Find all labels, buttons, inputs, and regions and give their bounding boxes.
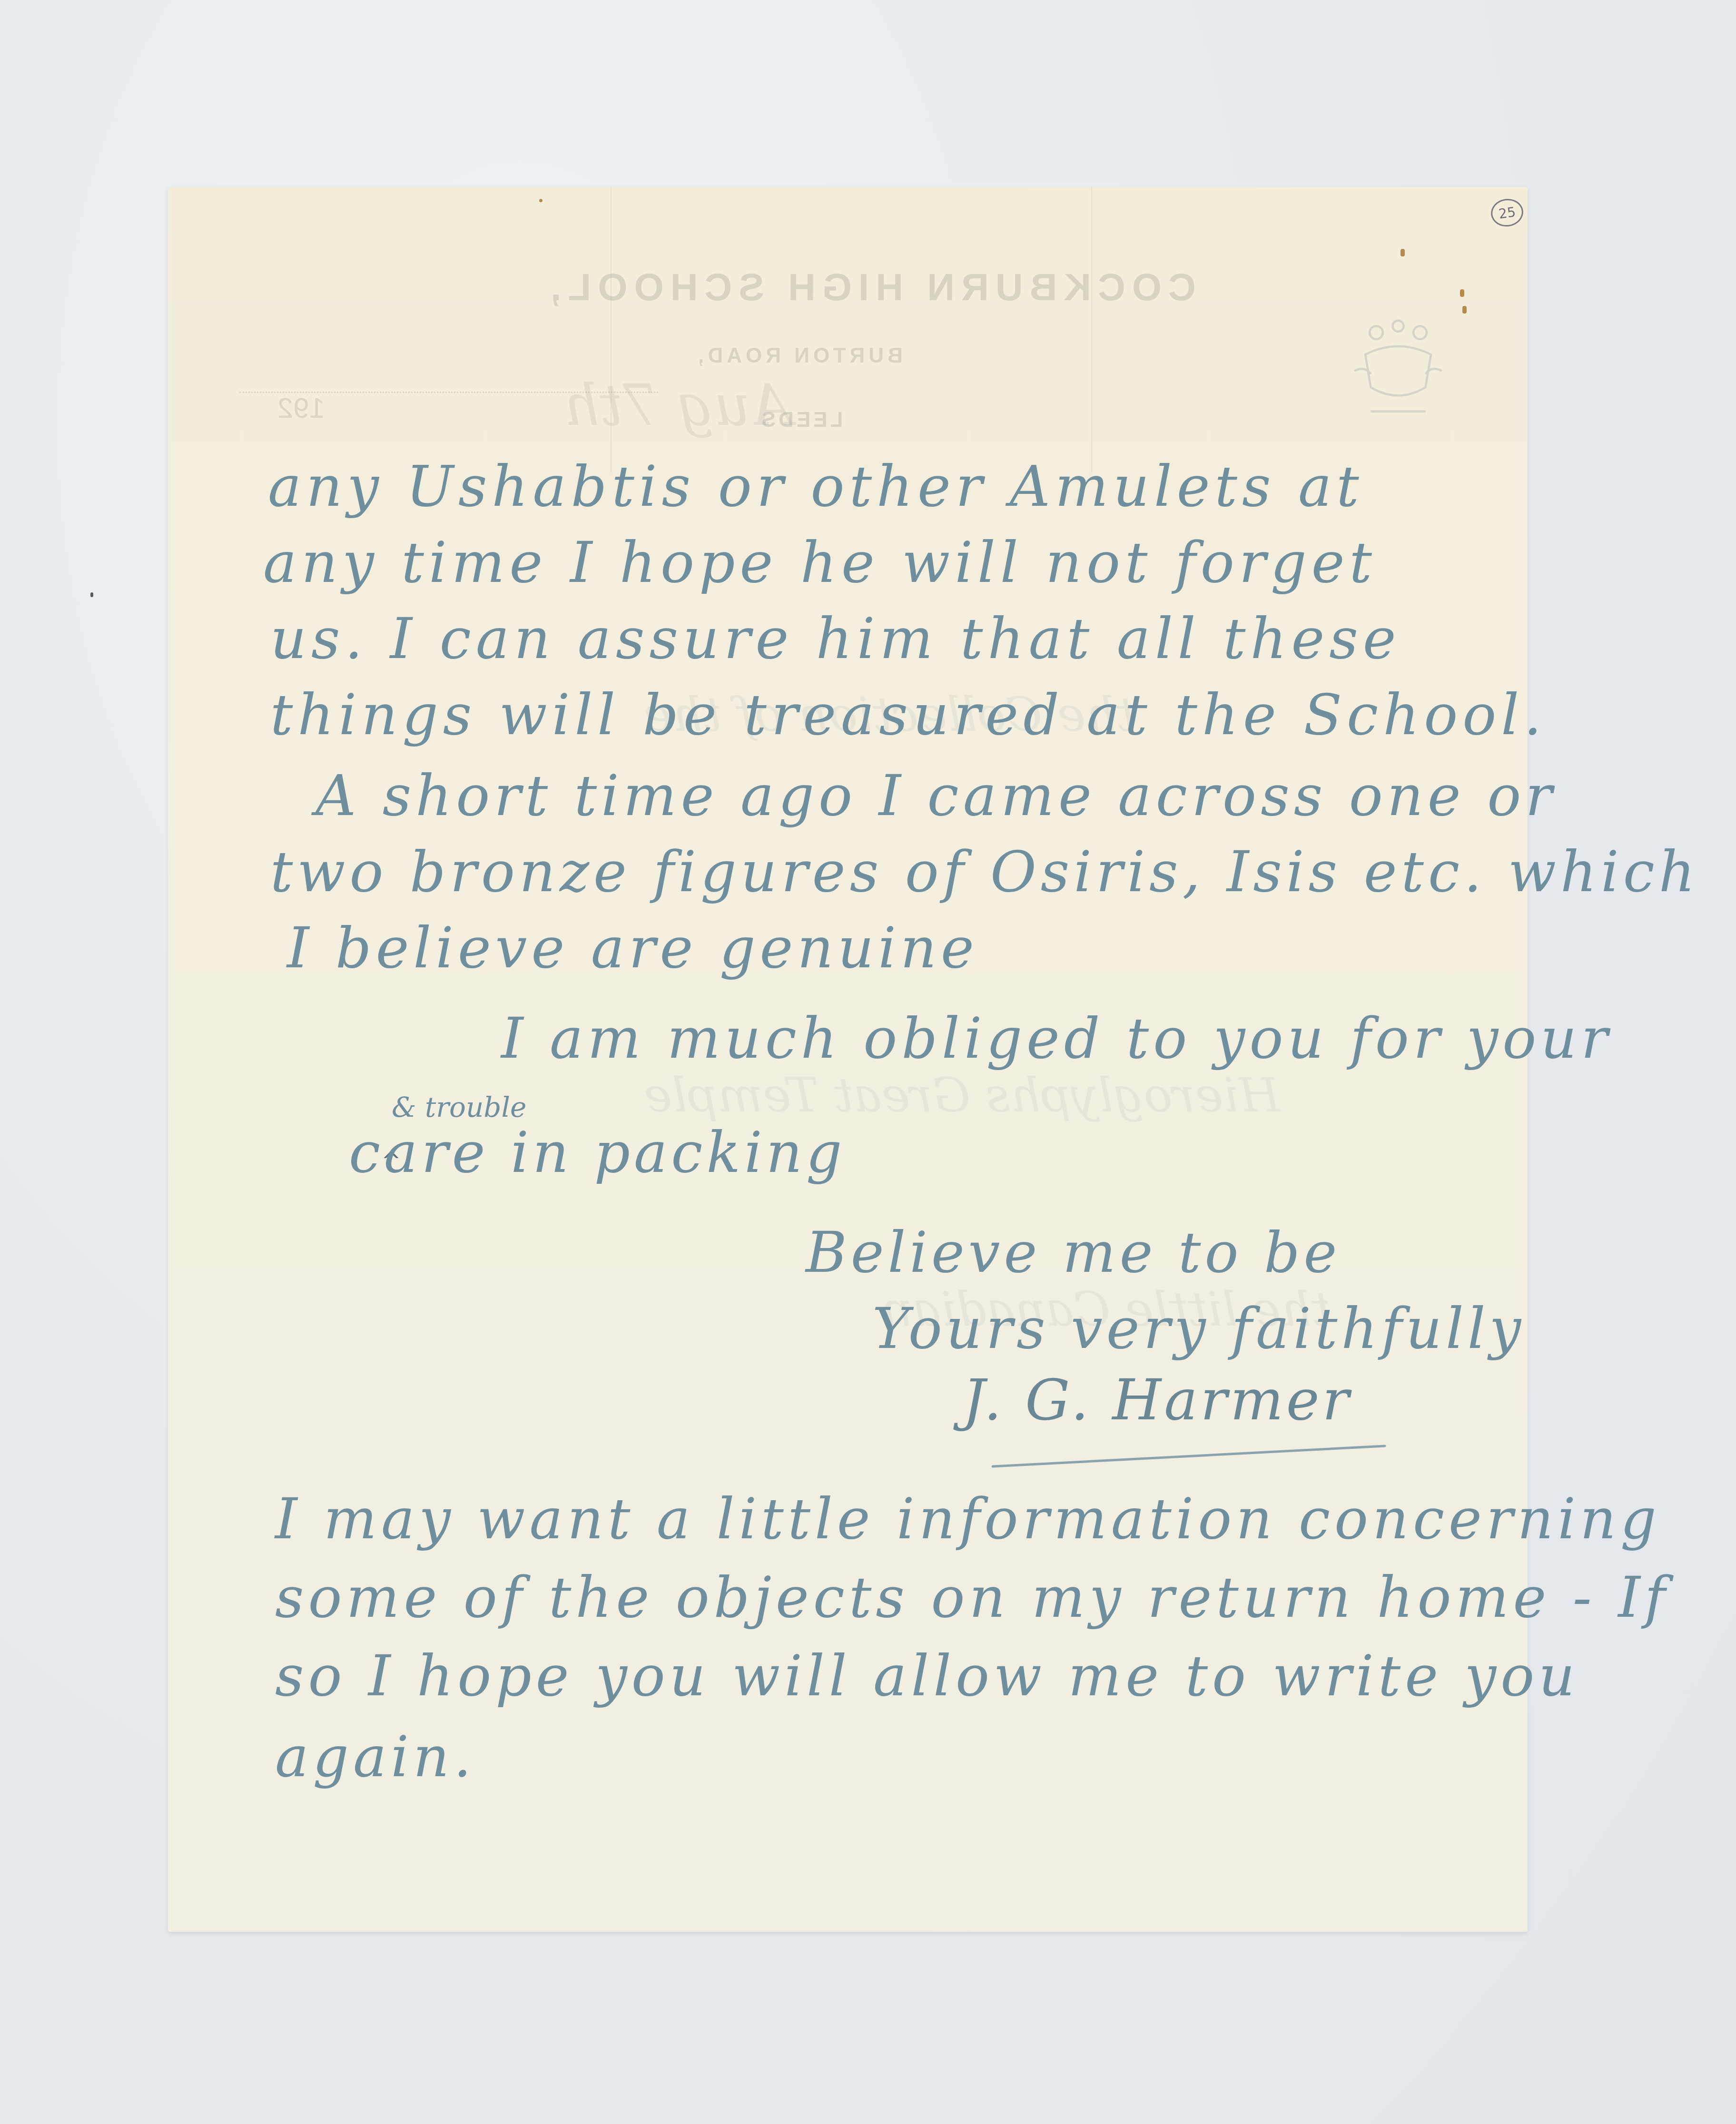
rust-spot bbox=[539, 199, 542, 202]
postscript-line: again. bbox=[275, 1724, 475, 1790]
letterhead-school: COCKBURN HIGH SCHOOL, bbox=[501, 265, 1239, 309]
rust-spot bbox=[1460, 289, 1464, 297]
school-crest-icon bbox=[1343, 311, 1453, 420]
dust-speck bbox=[90, 592, 93, 597]
rust-spot bbox=[1462, 306, 1467, 314]
rust-spot bbox=[1401, 249, 1405, 256]
letter-line: any time I hope he will not forget bbox=[263, 530, 1377, 595]
letter-page: COCKBURN HIGH SCHOOL, BURTON ROAD, LEEDS… bbox=[168, 187, 1528, 1932]
page-number-stamp: 25 bbox=[1489, 197, 1525, 229]
postscript-line: I may want a little information concerni… bbox=[275, 1486, 1661, 1552]
letter-line: us. I can assure him that all these bbox=[270, 606, 1401, 671]
reverse-showthrough: Hieroglyphs Great Temple bbox=[644, 1067, 1280, 1123]
letter-line: A short time ago I came across one or bbox=[316, 763, 1557, 828]
inserted-text: & trouble bbox=[392, 1091, 526, 1123]
letter-line: I am much obliged to you for your bbox=[501, 1005, 1612, 1071]
fold-mark bbox=[1091, 187, 1092, 472]
postscript-line: so I hope you will allow me to write you bbox=[275, 1643, 1579, 1709]
letter-line: I believe are genuine bbox=[287, 915, 978, 981]
signature-flourish bbox=[991, 1445, 1386, 1467]
ghost-date: Aug 7th bbox=[563, 373, 792, 439]
letterhead-road: BURTON ROAD, bbox=[691, 344, 906, 368]
letter-line: two bronze figures of Osiris, Isis etc. … bbox=[270, 839, 1699, 905]
letter-line: care in packing bbox=[349, 1120, 846, 1185]
letter-line: any Ushabtis or other Amulets at bbox=[268, 453, 1364, 519]
closing-line: Believe me to be bbox=[806, 1219, 1341, 1285]
closing-line: Yours very faithfully bbox=[872, 1296, 1525, 1361]
letterhead-year: 192 bbox=[277, 392, 325, 424]
letter-line: things will be treasured at the School. bbox=[270, 682, 1547, 747]
postscript-line: some of the objects on my return home - … bbox=[275, 1564, 1670, 1630]
signature: J. G. Harmer bbox=[963, 1367, 1352, 1433]
